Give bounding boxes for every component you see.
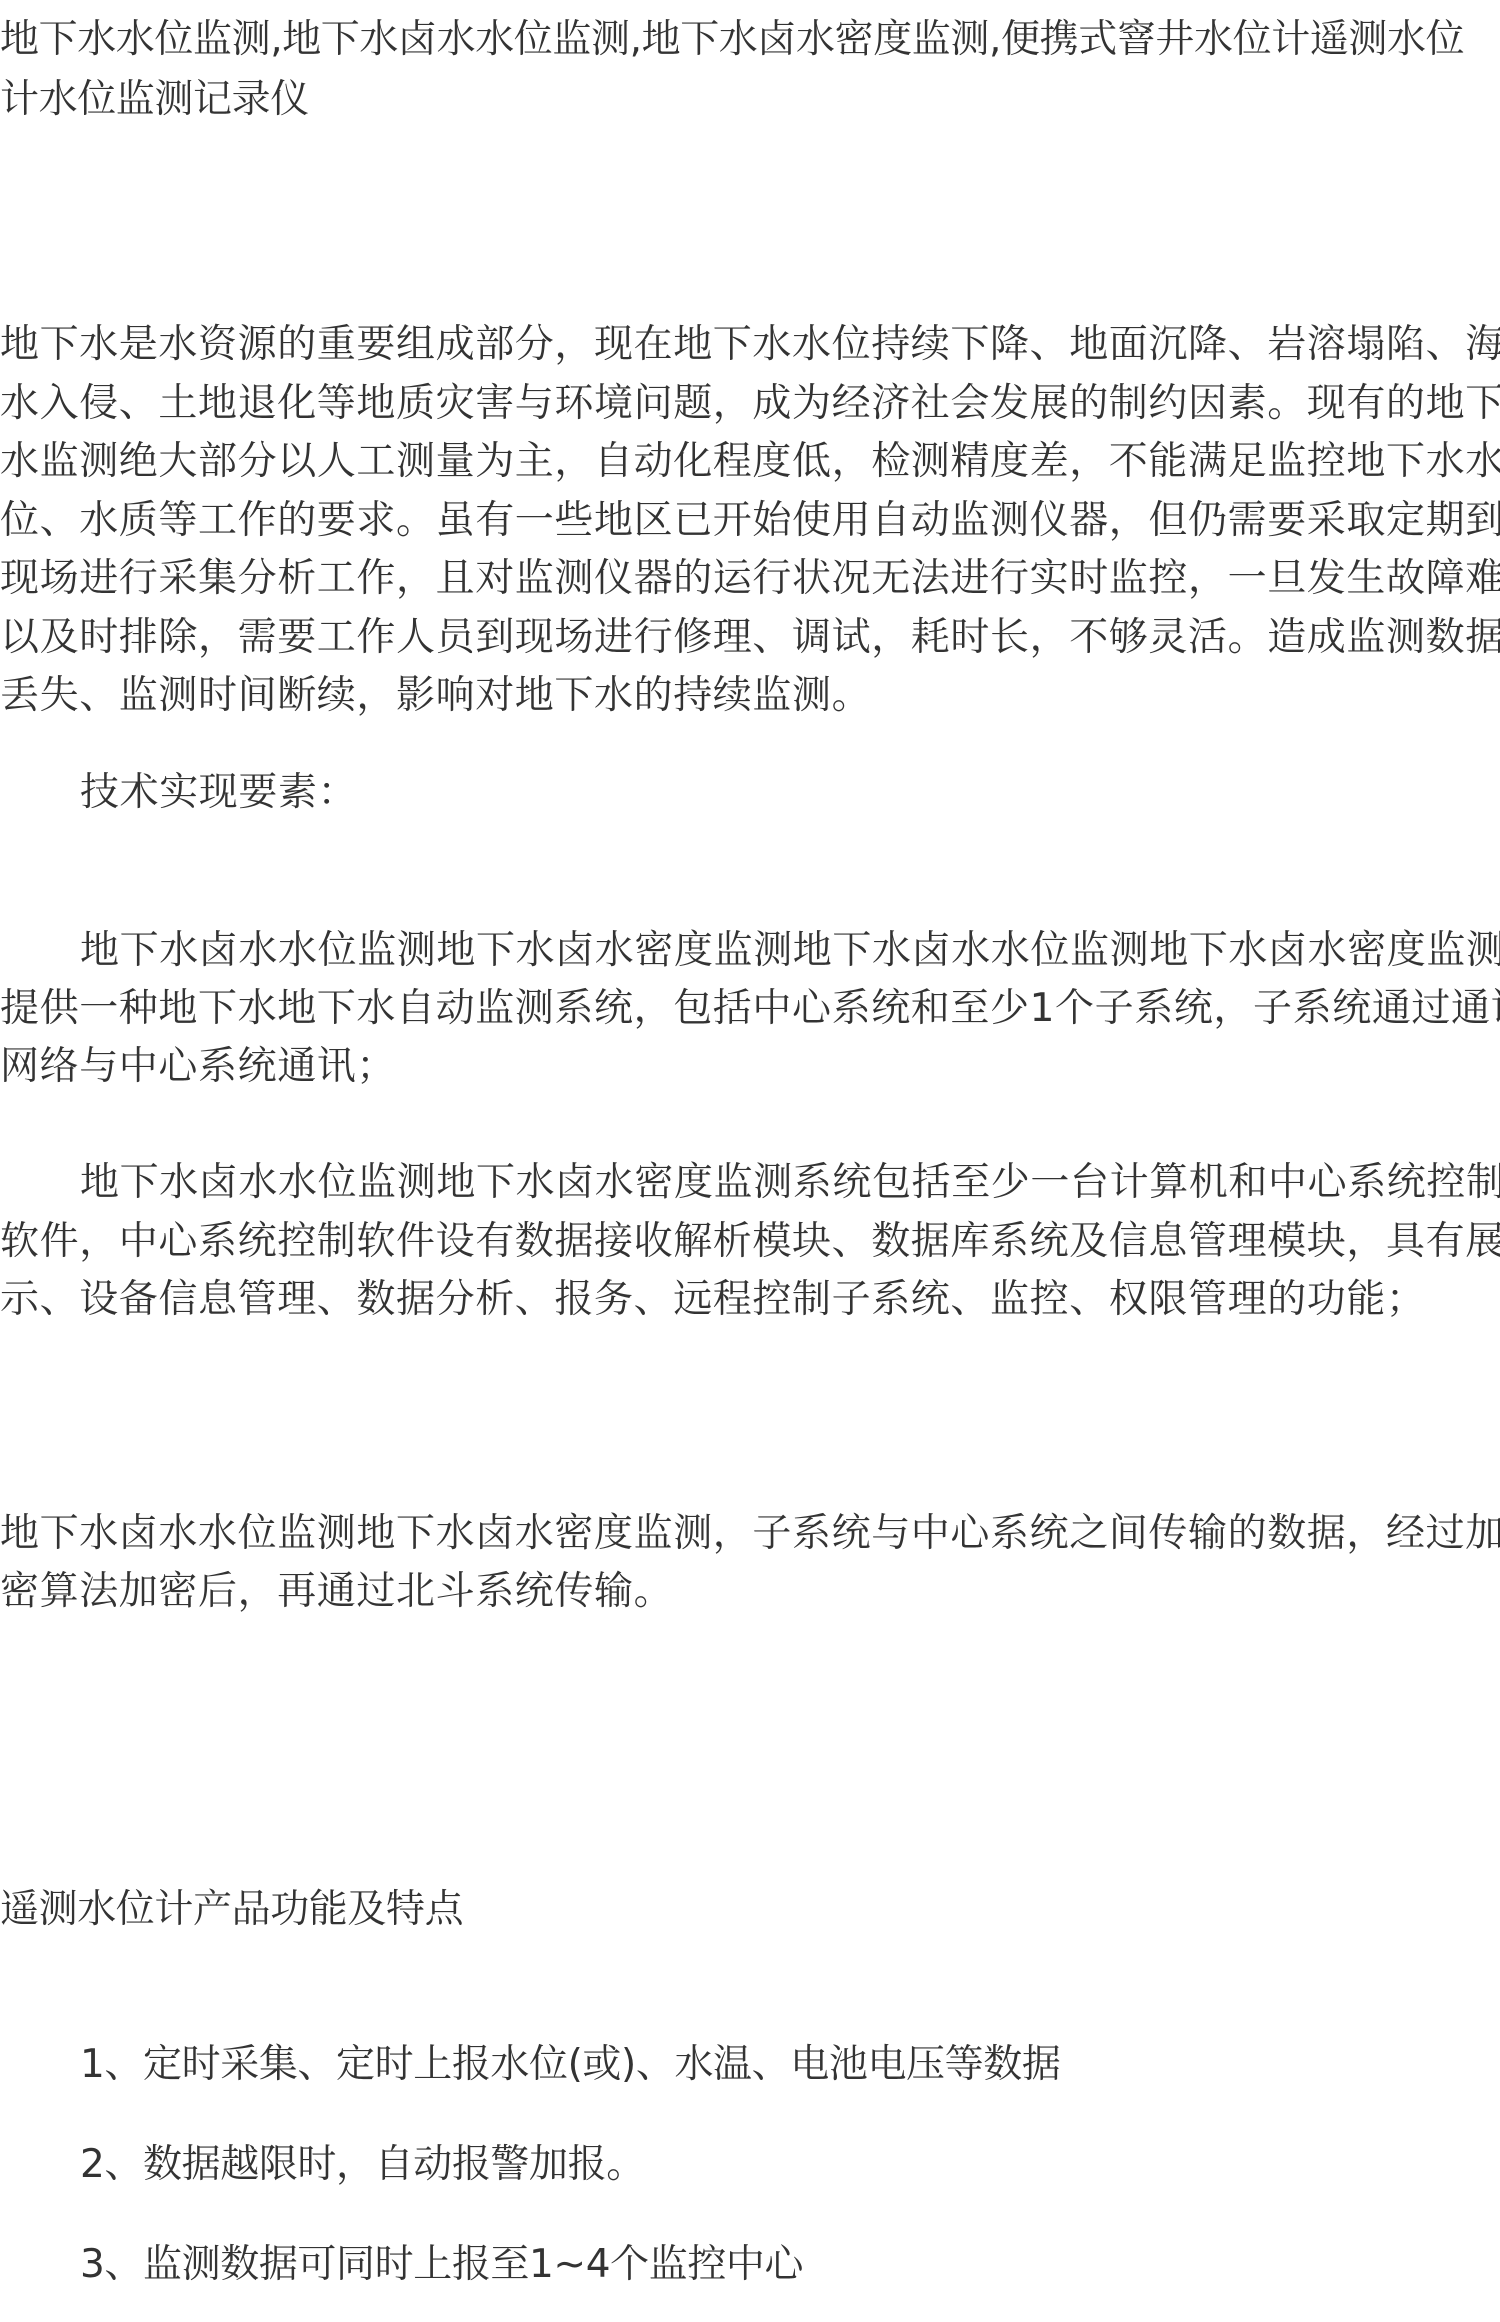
title-line-2: 计水位监测记录仪	[0, 76, 309, 124]
paragraph-line: 现场进行采集分析工作，且对监测仪器的运行状况无法进行实时监控，一旦发生故障难	[0, 555, 1500, 603]
paragraph-line: 提供一种地下水地下水自动监测系统，包括中心系统和至少1个子系统，子系统通过通讯	[0, 985, 1500, 1033]
paragraph-line: 地下水卤水水位监测地下水卤水密度监测系统包括至少一台计算机和中心系统控制	[80, 1159, 1500, 1207]
title-line-1: 地下水水位监测,地下水卤水水位监测,地下水卤水密度监测,便携式窨井水位计遥测水位	[0, 16, 1464, 64]
paragraph-line: 水监测绝大部分以人工测量为主，自动化程度低，检测精度差，不能满足监控地下水水	[0, 438, 1500, 486]
paragraph-line: 丢失、监测时间断续，影响对地下水的持续监测。	[0, 672, 871, 720]
paragraph-line: 示、设备信息管理、数据分析、报务、远程控制子系统、监控、权限管理的功能；	[0, 1276, 1426, 1324]
feature-item: 2、数据越限时，自动报警加报。	[80, 2141, 645, 2189]
tech-heading: 技术实现要素：	[80, 769, 357, 817]
features-heading: 遥测水位计产品功能及特点	[0, 1886, 463, 1934]
paragraph-line: 软件，中心系统控制软件设有数据接收解析模块、数据库系统及信息管理模块，具有展	[0, 1218, 1500, 1266]
paragraph-line: 地下水是水资源的重要组成部分，现在地下水水位持续下降、地面沉降、岩溶塌陷、海	[0, 321, 1500, 369]
feature-item: 3、监测数据可同时上报至1~4个监控中心	[80, 2241, 803, 2289]
paragraph-line: 网络与中心系统通讯；	[0, 1043, 396, 1091]
paragraph-line: 位、水质等工作的要求。虽有一些地区已开始使用自动监测仪器，但仍需要采取定期到	[0, 497, 1500, 545]
paragraph-line: 地下水卤水水位监测地下水卤水密度监测地下水卤水水位监测地下水卤水密度监测	[80, 927, 1500, 975]
paragraph-line: 地下水卤水水位监测地下水卤水密度监测，子系统与中心系统之间传输的数据，经过加	[0, 1510, 1500, 1558]
paragraph-line: 水入侵、土地退化等地质灾害与环境问题，成为经济社会发展的制约因素。现有的地下	[0, 380, 1500, 428]
feature-item: 1、定时采集、定时上报水位(或)、水温、电池电压等数据	[80, 2041, 1060, 2089]
paragraph-line: 以及时排除，需要工作人员到现场进行修理、调试，耗时长，不够灵活。造成监测数据	[0, 614, 1500, 662]
paragraph-line: 密算法加密后，再通过北斗系统传输。	[0, 1568, 673, 1616]
